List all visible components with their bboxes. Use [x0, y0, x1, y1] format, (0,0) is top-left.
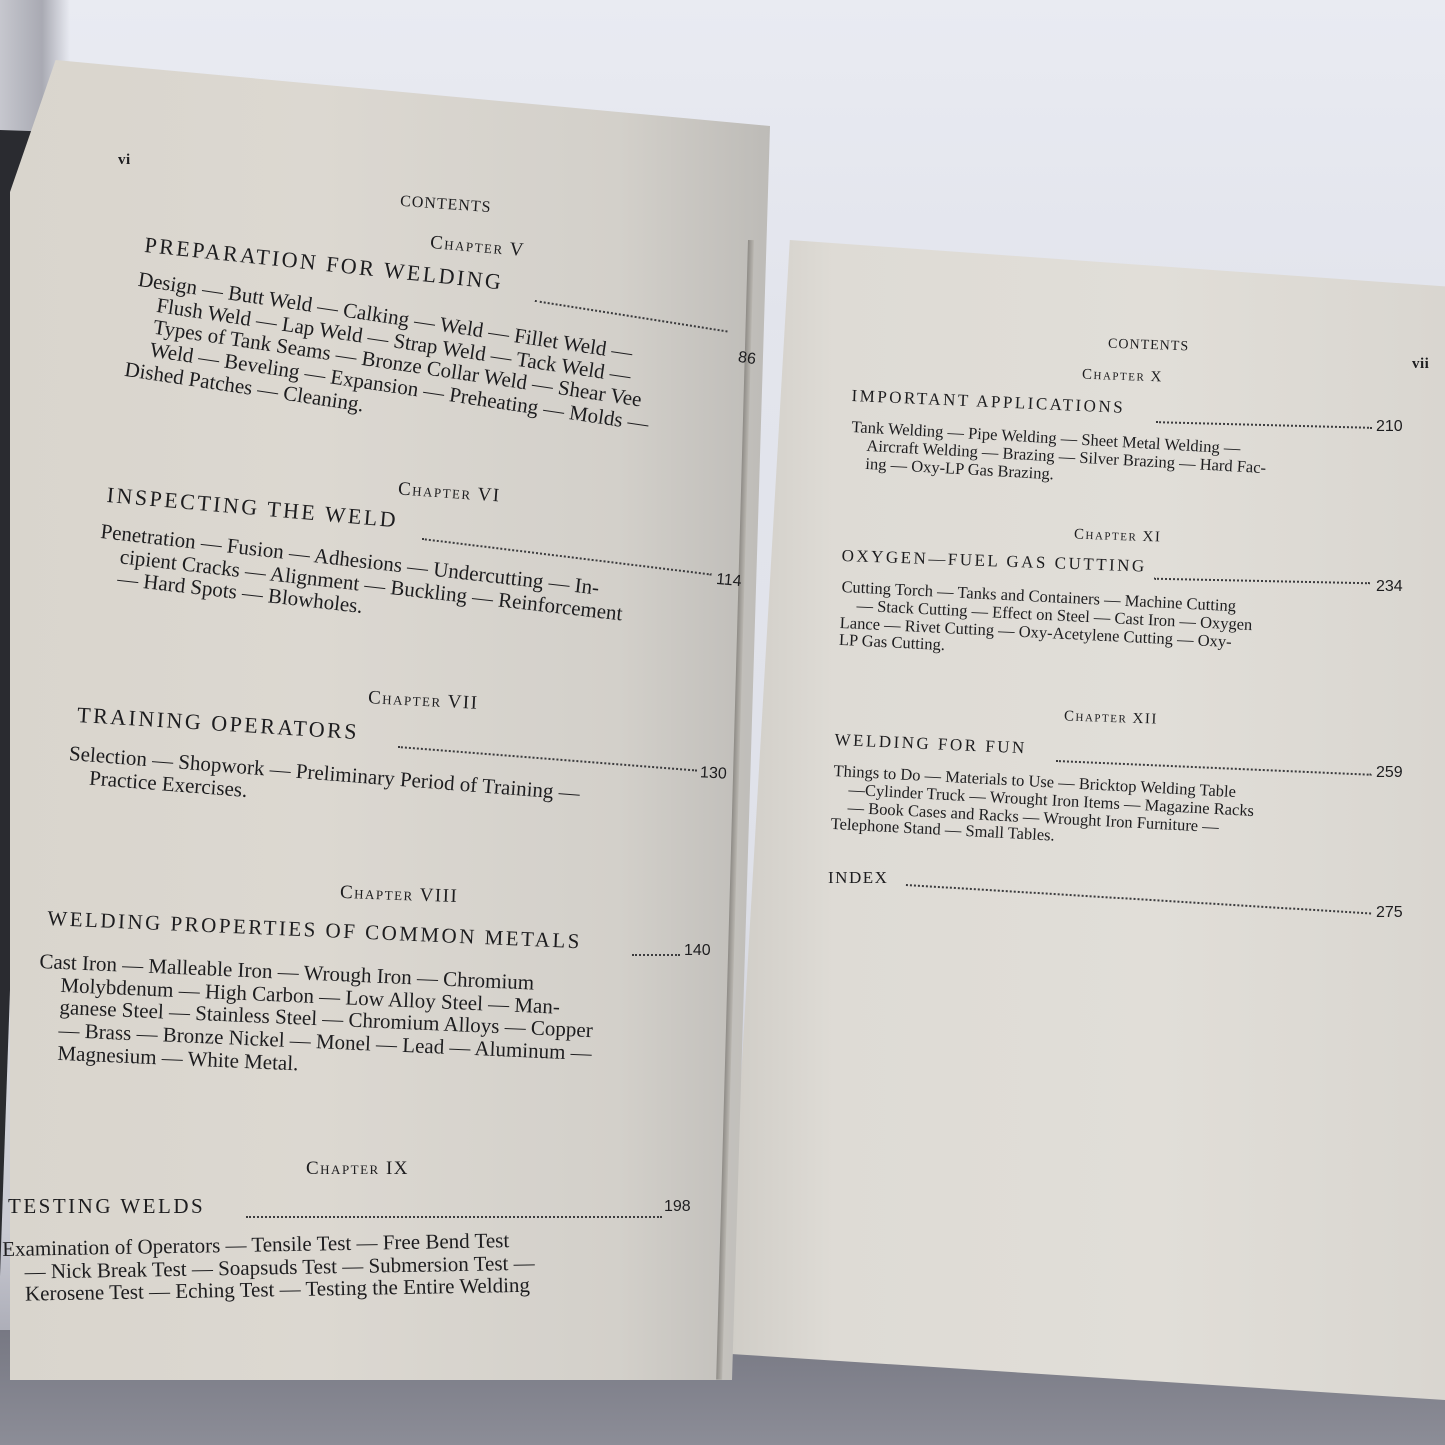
page-reference: 198 [664, 1198, 691, 1216]
chapter-label: Chapter VI [397, 478, 501, 507]
chapter-label: Chapter XI [1074, 526, 1162, 546]
chapter-topics: Examination of Operators — Tensile Test … [2, 1229, 535, 1306]
chapter-title: TRAINING OPERATORS [76, 702, 359, 745]
chapter-label: Chapter V [429, 232, 525, 262]
chapter-topics: Design — Butt Weld — Calking — Weld — Fi… [123, 268, 660, 458]
page-reference: 86 [737, 349, 757, 369]
page-reference: 210 [1376, 418, 1403, 436]
page-reference: 114 [715, 571, 742, 591]
chapter-label: Chapter XII [1064, 708, 1158, 728]
running-head-left: CONTENTS [399, 193, 492, 217]
chapter-title: WELDING PROPERTIES OF COMMON METALS [47, 906, 583, 954]
chapter-topics: Penetration — Fusion — Adhesions — Under… [94, 520, 626, 647]
page-reference: 140 [684, 942, 711, 960]
page-number-left: vi [118, 152, 131, 169]
page-reference: 275 [1376, 904, 1403, 922]
chapter-label: Chapter IX [306, 1158, 409, 1180]
dot-leader [246, 1216, 662, 1218]
page-reference: 130 [700, 764, 728, 783]
chapter-label: Chapter X [1082, 367, 1163, 387]
chapter-topics: Cast Iron — Malleable Iron — Wrough Iron… [35, 950, 595, 1087]
page-reference: 259 [1376, 764, 1403, 782]
dot-leader [632, 954, 680, 956]
running-head-right: CONTENTS [1108, 337, 1190, 356]
index-title: INDEX [828, 868, 888, 888]
page-reference: 234 [1376, 578, 1403, 596]
chapter-label: Chapter VII [368, 687, 480, 715]
page-number-right: vii [1412, 356, 1429, 373]
chapter-title: TESTING WELDS [8, 1194, 205, 1219]
dot-leader [398, 746, 697, 772]
left-page-content: vi CONTENTS Chapter V PREPARATION FOR WE… [0, 0, 1445, 1445]
dot-leader [535, 300, 728, 332]
chapter-label: Chapter VIII [340, 882, 459, 908]
